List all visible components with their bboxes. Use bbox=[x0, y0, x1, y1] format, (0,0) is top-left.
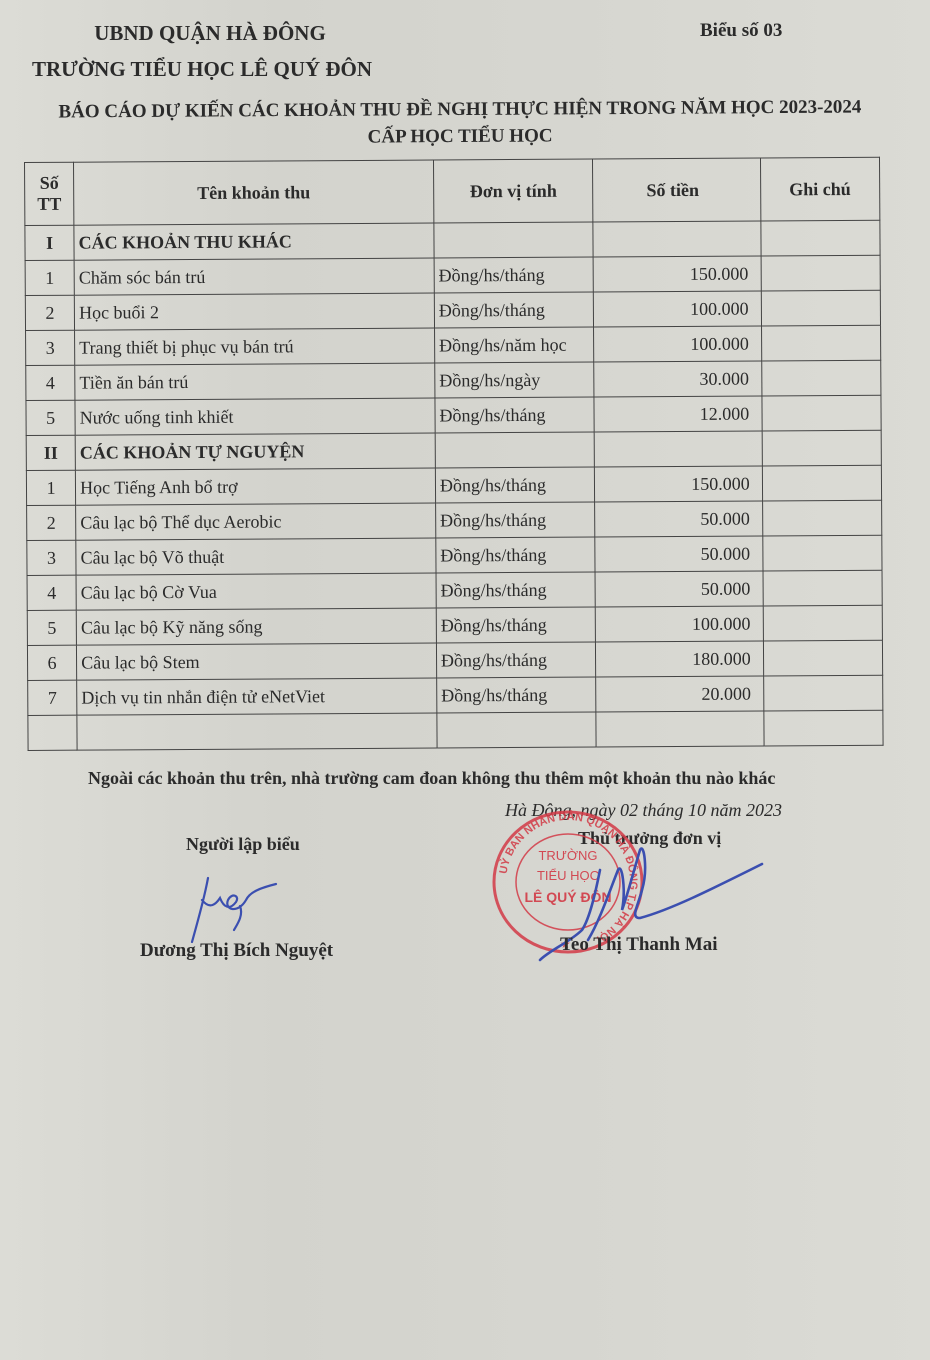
preparer-role: Người lập biểu bbox=[186, 834, 300, 855]
section-amount bbox=[593, 221, 761, 257]
table-row: 2Học buổi 2Đồng/hs/tháng100.000 bbox=[25, 290, 880, 330]
fee-note bbox=[762, 500, 882, 536]
section-title: CÁC KHOẢN TỰ NGUYỆN bbox=[75, 433, 435, 470]
fee-amount: 150.000 bbox=[593, 256, 761, 292]
fee-unit: Đồng/hs/tháng bbox=[436, 642, 596, 678]
fee-amount: 50.000 bbox=[595, 536, 763, 572]
fee-name: Câu lạc bộ Cờ Vua bbox=[76, 573, 436, 610]
row-number: 1 bbox=[25, 260, 74, 295]
col-header-stt: Số TT bbox=[25, 162, 74, 225]
report-title-line1: BÁO CÁO DỰ KIẾN CÁC KHOẢN THU ĐỀ NGHỊ TH… bbox=[40, 93, 880, 125]
fee-unit: Đồng/hs/tháng bbox=[436, 502, 596, 538]
col-header-amount: Số tiền bbox=[593, 158, 761, 222]
blank-cell bbox=[764, 710, 884, 746]
fees-table: Số TT Tên khoản thu Đơn vị tính Số tiền … bbox=[24, 157, 884, 751]
fee-unit: Đồng/hs/tháng bbox=[437, 677, 597, 713]
section-amount bbox=[594, 431, 762, 467]
issuer-header: UBND QUẬN HÀ ĐÔNG TRƯỜNG TIỂU HỌC LÊ QUÝ… bbox=[30, 20, 390, 84]
section-number: II bbox=[26, 435, 75, 470]
fee-amount: 30.000 bbox=[594, 361, 762, 397]
col-header-stt-line2: TT bbox=[37, 194, 61, 214]
row-number: 5 bbox=[27, 610, 76, 645]
preparer-name: Dương Thị Bích Nguyệt bbox=[140, 940, 333, 962]
fee-amount: 20.000 bbox=[596, 676, 764, 712]
section-title: CÁC KHOẢN THU KHÁC bbox=[74, 223, 434, 260]
head-name: Teo Thị Thanh Mai bbox=[560, 934, 718, 956]
commitment-statement: Ngoài các khoản thu trên, nhà trường cam… bbox=[88, 768, 775, 789]
table-row: 5Nước uống tinh khiếtĐồng/hs/tháng12.000 bbox=[26, 395, 881, 435]
row-number: 6 bbox=[27, 645, 76, 680]
table-row: 1Chăm sóc bán trúĐồng/hs/tháng150.000 bbox=[25, 255, 880, 295]
table-row: 4Câu lạc bộ Cờ VuaĐồng/hs/tháng50.000 bbox=[27, 570, 882, 610]
table-row: 6Câu lạc bộ StemĐồng/hs/tháng180.000 bbox=[27, 640, 882, 680]
row-number: 1 bbox=[26, 470, 75, 505]
fee-unit: Đồng/hs/tháng bbox=[435, 397, 595, 433]
fee-amount: 50.000 bbox=[595, 571, 763, 607]
blank-cell bbox=[596, 711, 764, 747]
fee-note bbox=[761, 290, 881, 326]
section-number: I bbox=[25, 225, 74, 260]
table-body: ICÁC KHOẢN THU KHÁC1Chăm sóc bán trúĐồng… bbox=[25, 220, 883, 750]
fee-name: Chăm sóc bán trú bbox=[74, 258, 434, 295]
authority-name: UBND QUẬN HÀ ĐÔNG bbox=[30, 20, 390, 46]
fee-unit: Đồng/hs/tháng bbox=[436, 607, 596, 643]
row-number: 2 bbox=[27, 505, 76, 540]
school-name: TRƯỜNG TIỂU HỌC LÊ QUÝ ĐÔN bbox=[22, 54, 382, 84]
fee-amount: 12.000 bbox=[594, 396, 762, 432]
table-row: 4Tiền ăn bán trúĐồng/hs/ngày30.000 bbox=[26, 360, 881, 400]
fee-name: Câu lạc bộ Stem bbox=[77, 643, 437, 680]
row-number: 5 bbox=[26, 400, 75, 435]
fee-name: Câu lạc bộ Võ thuật bbox=[76, 538, 436, 575]
col-header-unit: Đơn vị tính bbox=[433, 159, 593, 223]
section-row: IICÁC KHOẢN TỰ NGUYỆN bbox=[26, 430, 881, 470]
fee-unit: Đồng/hs/tháng bbox=[434, 257, 594, 293]
fee-amount: 100.000 bbox=[596, 606, 764, 642]
fee-name: Dịch vụ tin nhắn điện tử eNetViet bbox=[77, 678, 437, 715]
preparer-signature bbox=[180, 870, 290, 950]
row-number: 4 bbox=[27, 575, 76, 610]
fee-note bbox=[763, 570, 883, 606]
table-row: 5Câu lạc bộ Kỹ năng sốngĐồng/hs/tháng100… bbox=[27, 605, 882, 645]
report-title-line2: CẤP HỌC TIỂU HỌC bbox=[40, 120, 880, 152]
fee-amount: 100.000 bbox=[594, 291, 762, 327]
section-note bbox=[761, 220, 881, 256]
fees-table-wrapper: Số TT Tên khoản thu Đơn vị tính Số tiền … bbox=[24, 157, 884, 751]
section-unit bbox=[434, 222, 594, 258]
row-number: 3 bbox=[27, 540, 76, 575]
blank-cell bbox=[437, 712, 597, 748]
table-header-row: Số TT Tên khoản thu Đơn vị tính Số tiền … bbox=[25, 157, 880, 225]
fee-name: Câu lạc bộ Kỹ năng sống bbox=[76, 608, 436, 645]
section-unit bbox=[435, 432, 595, 468]
report-title: BÁO CÁO DỰ KIẾN CÁC KHOẢN THU ĐỀ NGHỊ TH… bbox=[40, 93, 880, 152]
table-row: 7Dịch vụ tin nhắn điện tử eNetVietĐồng/h… bbox=[28, 675, 883, 715]
row-number: 2 bbox=[25, 295, 74, 330]
table-row: 3Trang thiết bị phục vụ bán trúĐồng/hs/n… bbox=[26, 325, 881, 365]
fee-amount: 100.000 bbox=[594, 326, 762, 362]
blank-cell bbox=[77, 713, 437, 750]
blank-row bbox=[28, 710, 883, 750]
blank-cell bbox=[28, 715, 77, 750]
row-number: 4 bbox=[26, 365, 75, 400]
fee-note bbox=[763, 605, 883, 641]
form-number: Biểu số 03 bbox=[700, 20, 782, 42]
fee-unit: Đồng/hs/ngày bbox=[435, 362, 595, 398]
fee-name: Tiền ăn bán trú bbox=[75, 363, 435, 400]
col-header-stt-line1: Số bbox=[40, 173, 59, 193]
fee-note bbox=[762, 535, 882, 571]
row-number: 3 bbox=[26, 330, 75, 365]
fee-unit: Đồng/hs/tháng bbox=[435, 467, 595, 503]
fee-amount: 180.000 bbox=[596, 641, 764, 677]
fee-name: Nước uống tinh khiết bbox=[75, 398, 435, 435]
table-row: 1Học Tiếng Anh bổ trợĐồng/hs/tháng150.00… bbox=[26, 465, 881, 505]
fee-unit: Đồng/hs/năm học bbox=[434, 327, 594, 363]
fee-amount: 50.000 bbox=[595, 501, 763, 537]
fee-note bbox=[761, 255, 881, 291]
col-header-note: Ghi chú bbox=[760, 157, 880, 221]
fee-name: Học buổi 2 bbox=[74, 293, 434, 330]
fee-note bbox=[762, 395, 882, 431]
section-row: ICÁC KHOẢN THU KHÁC bbox=[25, 220, 880, 260]
fee-name: Học Tiếng Anh bổ trợ bbox=[75, 468, 435, 505]
fee-unit: Đồng/hs/tháng bbox=[434, 292, 594, 328]
fee-unit: Đồng/hs/tháng bbox=[436, 537, 596, 573]
row-number: 7 bbox=[28, 680, 77, 715]
fee-unit: Đồng/hs/tháng bbox=[436, 572, 596, 608]
fee-note bbox=[762, 465, 882, 501]
fee-amount: 150.000 bbox=[595, 466, 763, 502]
col-header-name: Tên khoản thu bbox=[74, 160, 434, 225]
fee-note bbox=[763, 640, 883, 676]
document-page: UBND QUẬN HÀ ĐÔNG TRƯỜNG TIỂU HỌC LÊ QUÝ… bbox=[0, 0, 930, 1360]
fee-note bbox=[761, 360, 881, 396]
fee-name: Câu lạc bộ Thể dục Aerobic bbox=[76, 503, 436, 540]
fee-note bbox=[763, 675, 883, 711]
table-row: 2Câu lạc bộ Thể dục AerobicĐồng/hs/tháng… bbox=[27, 500, 882, 540]
fee-name: Trang thiết bị phục vụ bán trú bbox=[75, 328, 435, 365]
table-row: 3Câu lạc bộ Võ thuậtĐồng/hs/tháng50.000 bbox=[27, 535, 882, 575]
fee-note bbox=[761, 325, 881, 361]
section-note bbox=[762, 430, 882, 466]
